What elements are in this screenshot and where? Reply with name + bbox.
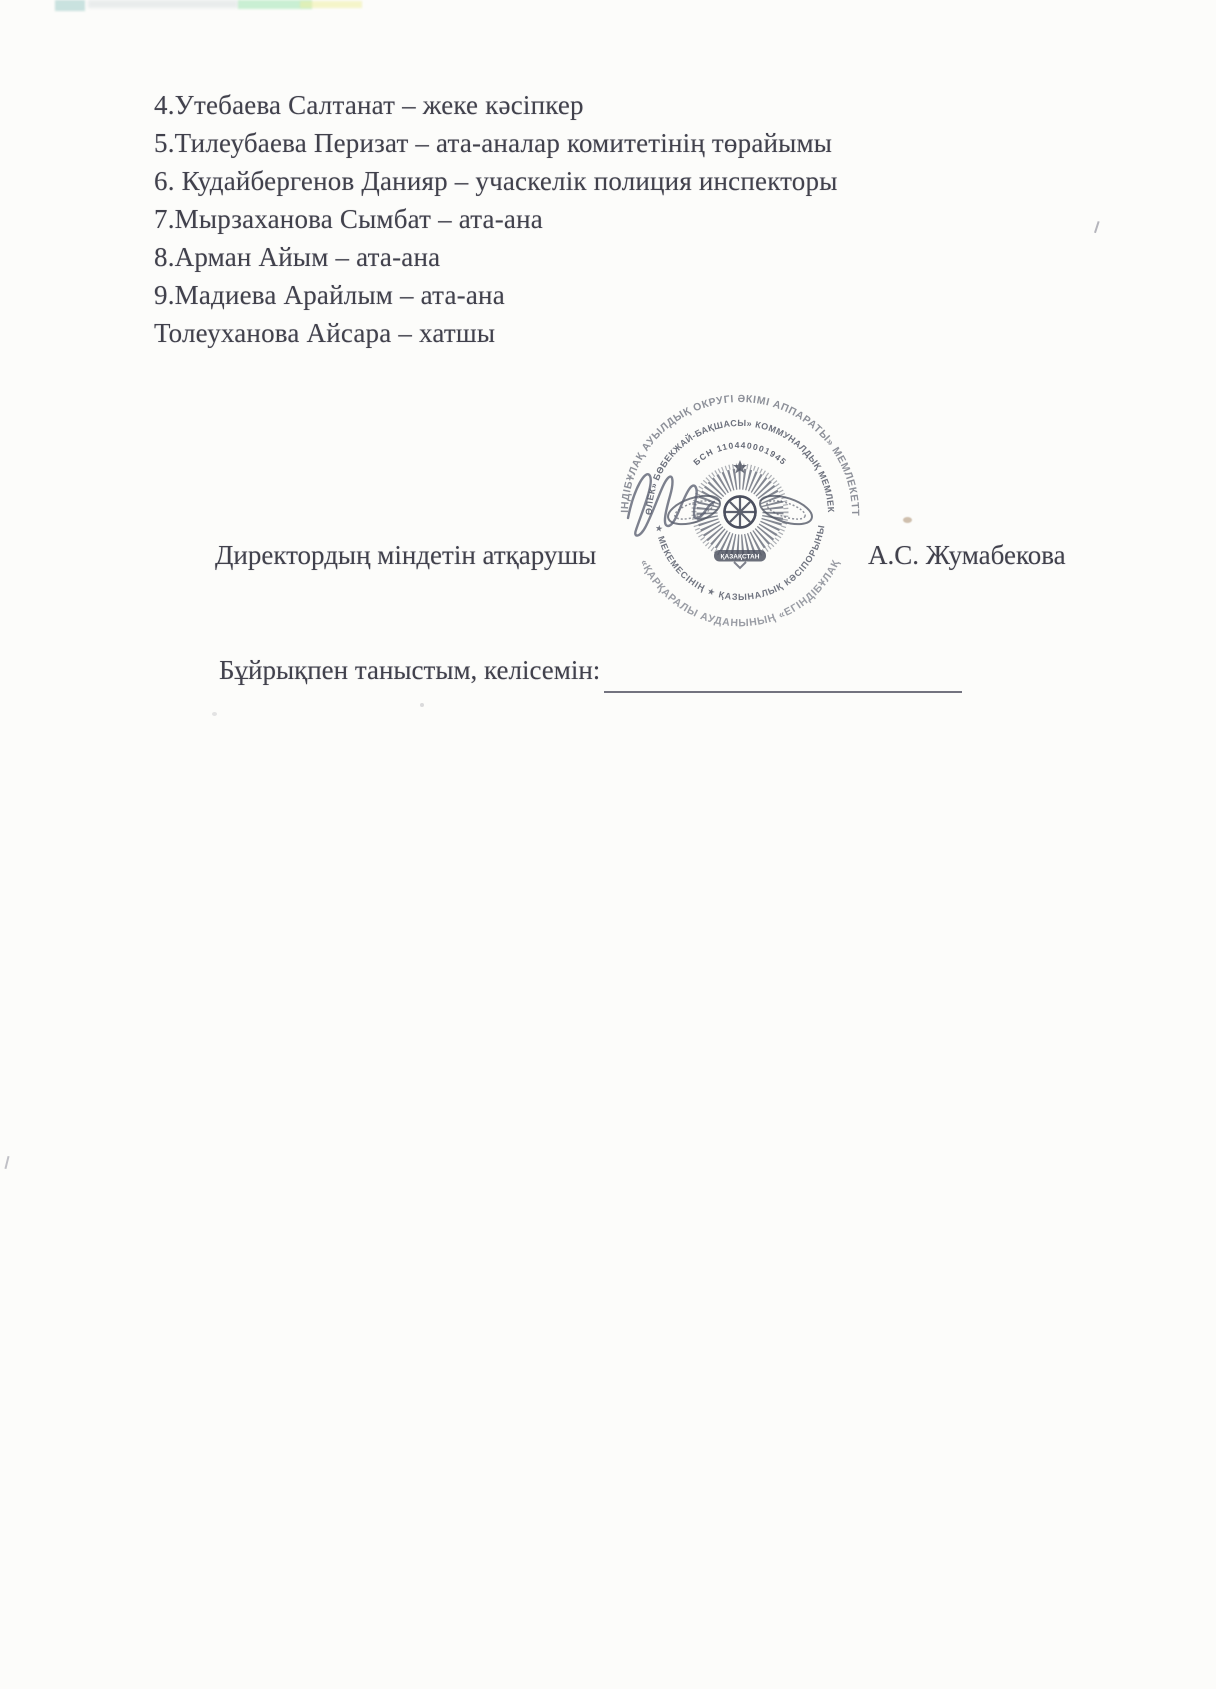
official-stamp: ЕГІНДІБҰЛАҚ АУЫЛДЫҚ ОКРУГІ ӘКІМІ АППАРАТ…: [606, 380, 874, 648]
scan-artifact: [88, 0, 238, 8]
list-item: 4.Утебаева Салтанат – жеке кәсіпкер: [154, 86, 1054, 124]
scan-artifact: [55, 0, 85, 11]
list-item: 7.Мырзаханова Сымбат – ата-ана: [154, 200, 1054, 238]
scan-speck: [420, 703, 424, 707]
scan-speck: [1087, 219, 1099, 233]
director-name: А.С. Жумабекова: [868, 540, 1066, 571]
list-item: 9.Мадиева Арайлым – ата-ана: [154, 276, 1054, 314]
scan-speck: [903, 517, 912, 523]
participant-list: 4.Утебаева Салтанат – жеке кәсіпкер 5.Ти…: [154, 86, 1054, 352]
list-item: 8.Арман Айым – ата-ана: [154, 238, 1054, 276]
scan-speck: [4, 1156, 9, 1169]
list-item: 6. Кудайбергенов Данияр – учаскелік поли…: [154, 162, 1054, 200]
scan-artifact: [300, 1, 362, 8]
list-item: Толеуханова Айсара – хатшы: [154, 314, 1054, 352]
scanned-document-page: 4.Утебаева Салтанат – жеке кәсіпкер 5.Ти…: [0, 0, 1216, 1689]
scan-speck: [212, 712, 217, 716]
list-item: 5.Тилеубаева Перизат – ата-аналар комите…: [154, 124, 1054, 162]
stamp-seal-graphic: ЕГІНДІБҰЛАҚ АУЫЛДЫҚ ОКРУГІ ӘКІМІ АППАРАТ…: [606, 380, 874, 648]
acknowledgement-label: Бұйрықпен таныстым, келісемін:: [219, 655, 600, 686]
signature-blank-line: [604, 691, 962, 693]
